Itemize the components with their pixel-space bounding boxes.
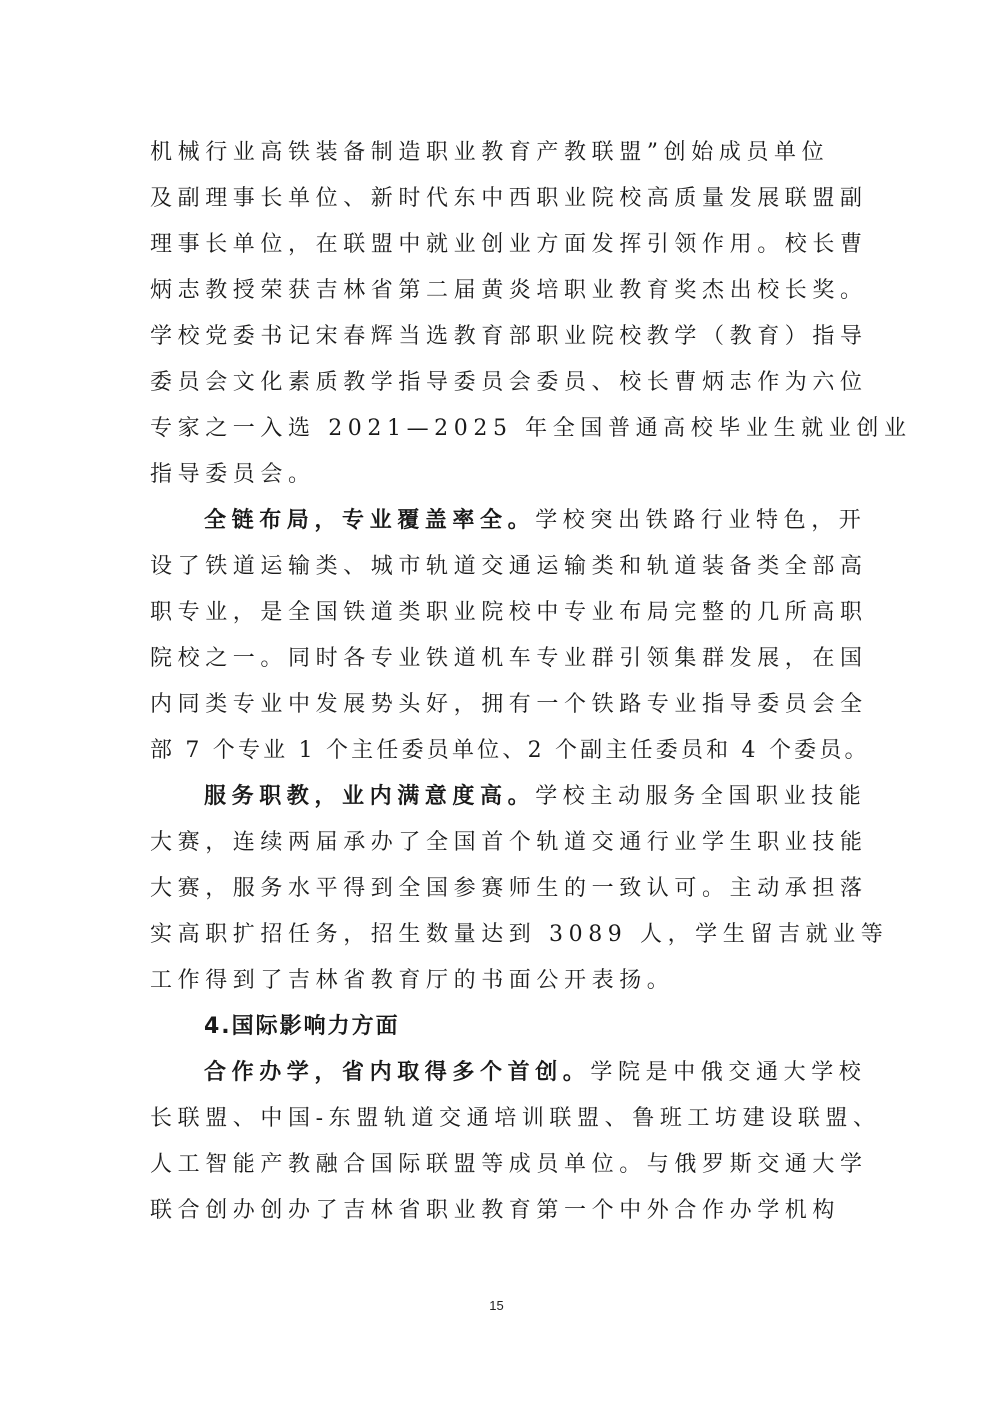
text-line: 大赛，连续两届承办了全国首个轨道交通行业学生职业技能: [150, 820, 850, 866]
paragraph-cooperative-education: 合作办学，省内取得多个首创。学院是中俄交通大学校 长联盟、中国-东盟轨道交通培训…: [150, 1050, 850, 1234]
text-line: 工作得到了吉林省教育厅的书面公开表扬。: [150, 958, 850, 1004]
text-line: 及副理事长单位、新时代东中西职业院校高质量发展联盟副: [150, 176, 850, 222]
text-line: 专家之一入选 2021—2025 年全国普通高校毕业生就业创业: [150, 406, 850, 452]
text-line: 部 7 个专业 1 个主任委员单位、2 个副主任委员和 4 个委员。: [150, 728, 850, 774]
paragraph-first-line: 合作办学，省内取得多个首创。学院是中俄交通大学校: [150, 1050, 850, 1096]
text-line: 炳志教授荣获吉林省第二届黄炎培职业教育奖杰出校长奖。: [150, 268, 850, 314]
paragraph-first-line: 全链布局，专业覆盖率全。学校突出铁路行业特色，开: [150, 498, 850, 544]
text-line: 内同类专业中发展势头好，拥有一个铁路专业指导委员会全: [150, 682, 850, 728]
text-line: 学校党委书记宋春辉当选教育部职业院校教学（教育）指导: [150, 314, 850, 360]
text-line: 理事长单位，在联盟中就业创业方面发挥引领作用。校长曹: [150, 222, 850, 268]
paragraph-lead-heading: 服务职教，业内满意度高。: [204, 784, 535, 809]
text-line: 院校之一。同时各专业铁道机车专业群引领集群发展，在国: [150, 636, 850, 682]
page-number: 15: [0, 1298, 993, 1313]
text-line: 机械行业高铁装备制造职业教育产教联盟”创始成员单位: [150, 130, 850, 176]
text-line: 委员会文化素质教学指导委员会委员、校长曹炳志作为六位: [150, 360, 850, 406]
text-line: 大赛，服务水平得到全国参赛师生的一致认可。主动承担落: [150, 866, 850, 912]
text-line: 联合创办创办了吉林省职业教育第一个中外合作办学机构: [150, 1188, 850, 1234]
text-span: 学校主动服务全国职业技能: [535, 784, 866, 809]
text-line: 长联盟、中国-东盟轨道交通培训联盟、鲁班工坊建设联盟、: [150, 1096, 850, 1142]
text-line: 指导委员会。: [150, 452, 850, 498]
document-page: 机械行业高铁装备制造职业教育产教联盟”创始成员单位 及副理事长单位、新时代东中西…: [150, 130, 850, 1234]
paragraph-full-chain-layout: 全链布局，专业覆盖率全。学校突出铁路行业特色，开 设了铁道运输类、城市轨道交通运…: [150, 498, 850, 774]
text-span: 学院是中俄交通大学校: [590, 1060, 866, 1085]
text-line: 职专业，是全国铁道类职业院校中专业布局完整的几所高职: [150, 590, 850, 636]
text-line: 实高职扩招任务，招生数量达到 3089 人，学生留吉就业等: [150, 912, 850, 958]
section-heading: 4.国际影响力方面: [150, 1004, 850, 1050]
paragraph-lead-heading: 全链布局，专业覆盖率全。: [204, 508, 535, 533]
paragraph-serve-vocational-education: 服务职教，业内满意度高。学校主动服务全国职业技能 大赛，连续两届承办了全国首个轨…: [150, 774, 850, 1004]
text-line: 设了铁道运输类、城市轨道交通运输类和轨道装备类全部高: [150, 544, 850, 590]
text-span: 学校突出铁路行业特色，开: [535, 508, 866, 533]
text-line: 人工智能产教融合国际联盟等成员单位。与俄罗斯交通大学: [150, 1142, 850, 1188]
paragraph-first-line: 服务职教，业内满意度高。学校主动服务全国职业技能: [150, 774, 850, 820]
paragraph-lead-heading: 合作办学，省内取得多个首创。: [204, 1060, 590, 1085]
paragraph-alliance-roles: 机械行业高铁装备制造职业教育产教联盟”创始成员单位 及副理事长单位、新时代东中西…: [150, 130, 850, 498]
